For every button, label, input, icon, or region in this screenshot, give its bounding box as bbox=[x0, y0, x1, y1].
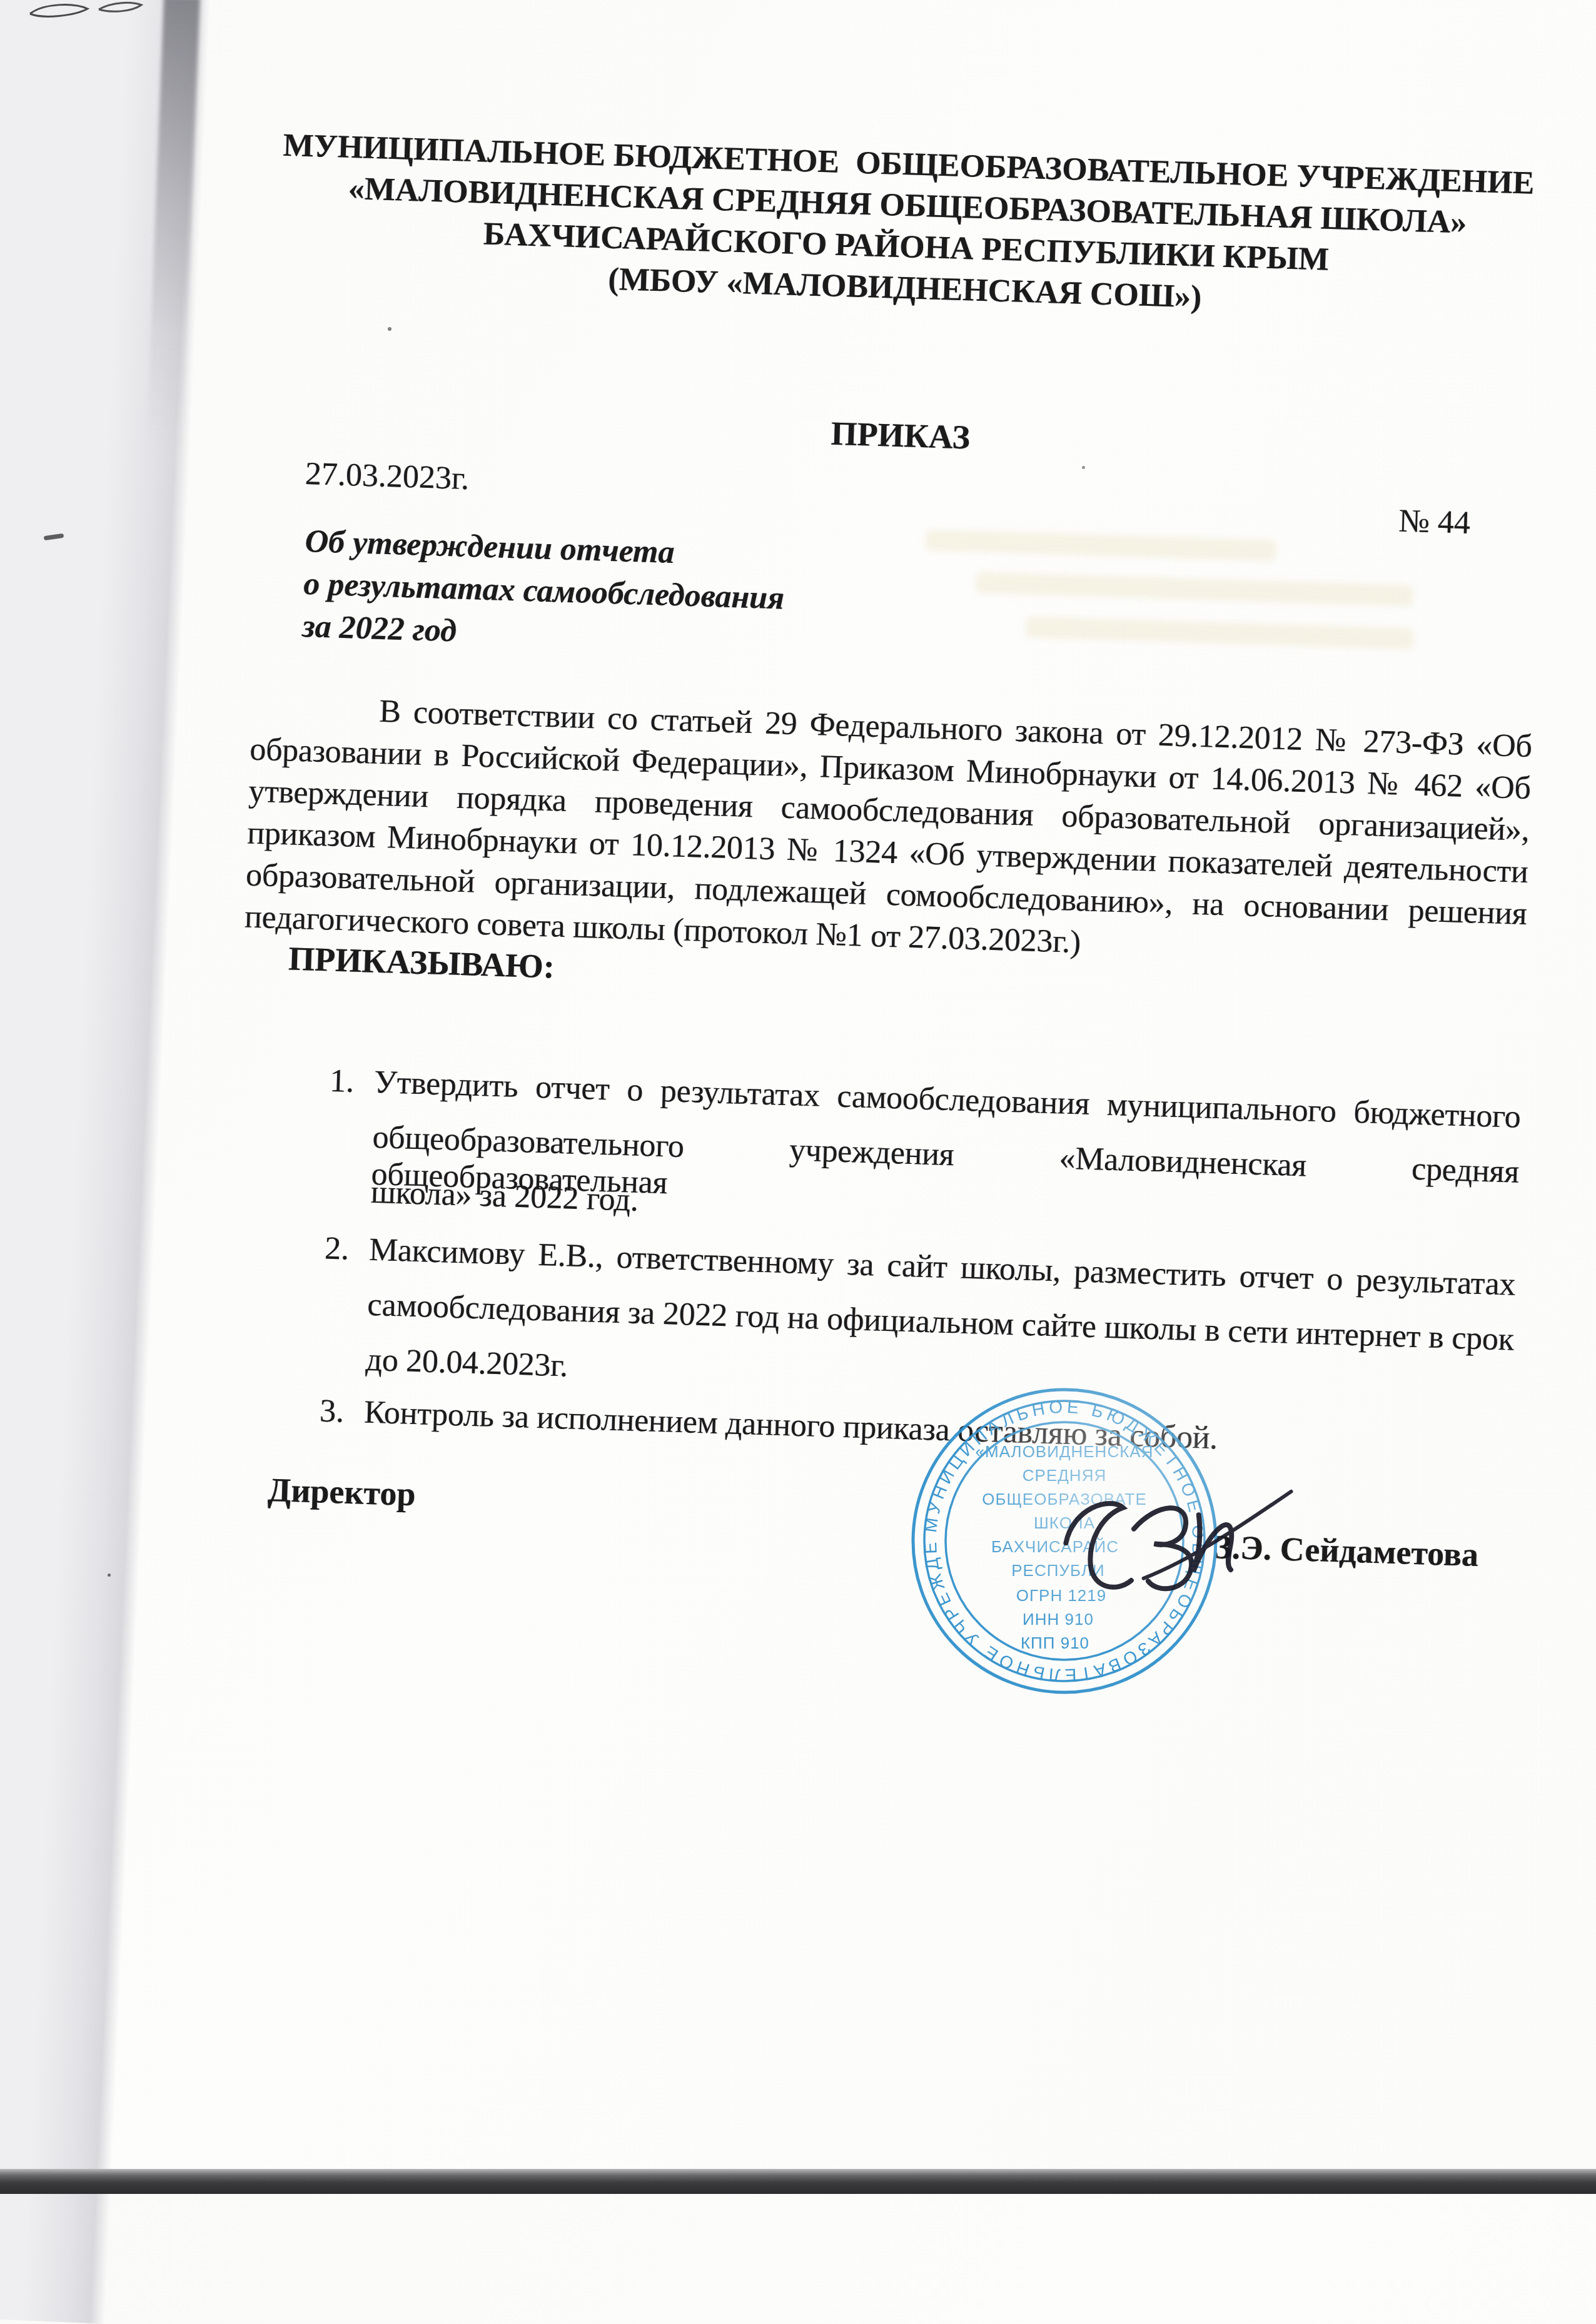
list-item-marker: 2. bbox=[324, 1230, 350, 1268]
scan-bottom-edge bbox=[0, 2169, 1596, 2194]
list-item-marker: 1. bbox=[329, 1063, 355, 1100]
stamp-center-line: «МАЛОВИДНЕНСКАЯ bbox=[976, 1442, 1154, 1461]
order-subject-line: о результатах самообследования bbox=[303, 565, 785, 617]
order-number: № 44 bbox=[1398, 502, 1471, 541]
order-date: 27.03.2023г. bbox=[305, 455, 470, 497]
signer-role: Директор bbox=[267, 1470, 416, 1513]
stamp-center-line: КПП 910 bbox=[1021, 1634, 1089, 1652]
scanned-order-page: МУНИЦИПАЛЬНОЕ БЮДЖЕТНОЕ ОБЩЕОБРАЗОВАТЕЛЬ… bbox=[0, 0, 1596, 2194]
list-item-marker: 3. bbox=[319, 1392, 345, 1430]
director-signature bbox=[1028, 1466, 1324, 1624]
document-content: МУНИЦИПАЛЬНОЕ БЮДЖЕТНОЕ ОБЩЕОБРАЗОВАТЕЛЬ… bbox=[0, 0, 1596, 2194]
order-subject-line: Об утверждении отчета bbox=[305, 523, 675, 571]
decree-label: ПРИКАЗЫВАЮ: bbox=[288, 939, 555, 986]
order-subject-line: за 2022 год bbox=[302, 608, 457, 650]
organization-header: МУНИЦИПАЛЬНОЕ БЮДЖЕТНОЕ ОБЩЕОБРАЗОВАТЕЛЬ… bbox=[264, 124, 1550, 328]
